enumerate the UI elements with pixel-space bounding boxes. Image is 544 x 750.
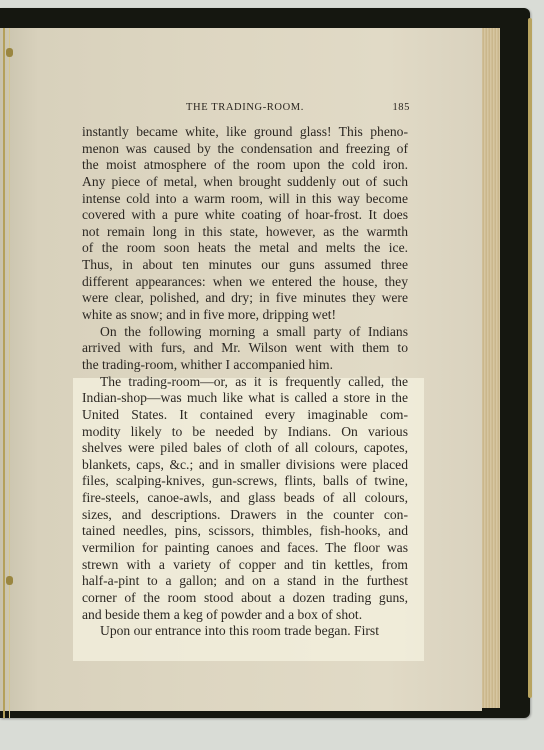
text-line: shelves were piled bales of cloth of all…: [82, 440, 408, 457]
text-line: half-a-pint to a gallon; and on a stand …: [82, 573, 408, 590]
paragraph-p2: On the following morning a small party o…: [82, 324, 408, 374]
text-line: and beside them a keg of powder and a bo…: [82, 607, 408, 624]
text-line: of the room soon heats the metal and mel…: [82, 240, 408, 257]
binding-thread: [3, 28, 10, 718]
text-line: Any piece of metal, when brought suddenl…: [82, 174, 408, 191]
page-number: 185: [392, 102, 410, 113]
text-line: not remain long in this state, however, …: [82, 224, 408, 241]
paragraph-p1: instantly became white, like ground glas…: [82, 124, 408, 324]
text-line: fire-steels, canoe-awls, and glass beads…: [82, 490, 408, 507]
text-line: Upon our entrance into this room trade b…: [82, 623, 408, 640]
text-line: blankets, caps, &c.; and in smaller divi…: [82, 457, 408, 474]
text-line: The trading-room—or, as it is frequently…: [82, 374, 408, 391]
text-line: menon was caused by the condensation and…: [82, 141, 408, 158]
binding-knot: [6, 576, 13, 585]
text-line: On the following morning a small party o…: [82, 324, 408, 341]
text-line: instantly became white, like ground glas…: [82, 124, 408, 141]
cover-gilt-edge: [528, 18, 532, 698]
text-line: corner of the room stood about a dozen t…: [82, 590, 408, 607]
text-line: Thus, in about ten minutes our guns assu…: [82, 257, 408, 274]
text-line: covered with a pure white coating of hoa…: [82, 207, 408, 224]
paragraph-p3: The trading-room—or, as it is frequently…: [82, 374, 408, 624]
text-line: Indian-shop—was much like what is called…: [82, 390, 408, 407]
text-line: sizes, and descriptions. Drawers in the …: [82, 507, 408, 524]
text-line: arrived with furs, and Mr. Wilson went w…: [82, 340, 408, 357]
text-line: tained needles, pins, scissors, thimbles…: [82, 523, 408, 540]
text-line: vermilion for painting canoes and faces.…: [82, 540, 408, 557]
text-line: modity likely to be needed by Indians. O…: [82, 424, 408, 441]
text-line: files, scalping-knives, gun-screws, flin…: [82, 473, 408, 490]
text-line: United States. It contained every imagin…: [82, 407, 408, 424]
paragraph-p4: Upon our entrance into this room trade b…: [82, 623, 408, 640]
binding-knot: [6, 48, 13, 57]
text-line: strewn with a variety of copper and tin …: [82, 557, 408, 574]
text-line: the trading-room, whither I accompanied …: [82, 357, 408, 374]
text-line: were clear, polished, and dry; in five m…: [82, 290, 408, 307]
text-line: intense cold into a warm room, will in t…: [82, 191, 408, 208]
text-line: white as snow; and in five more, drippin…: [82, 307, 408, 324]
text-line: different appearances: when we entered t…: [82, 274, 408, 291]
text-line: the moist atmosphere of the room upon th…: [82, 157, 408, 174]
running-header: THE TRADING-ROOM. 185: [82, 102, 410, 116]
body-text: instantly became white, like ground glas…: [82, 124, 408, 640]
running-head-title: THE TRADING-ROOM.: [186, 102, 304, 113]
